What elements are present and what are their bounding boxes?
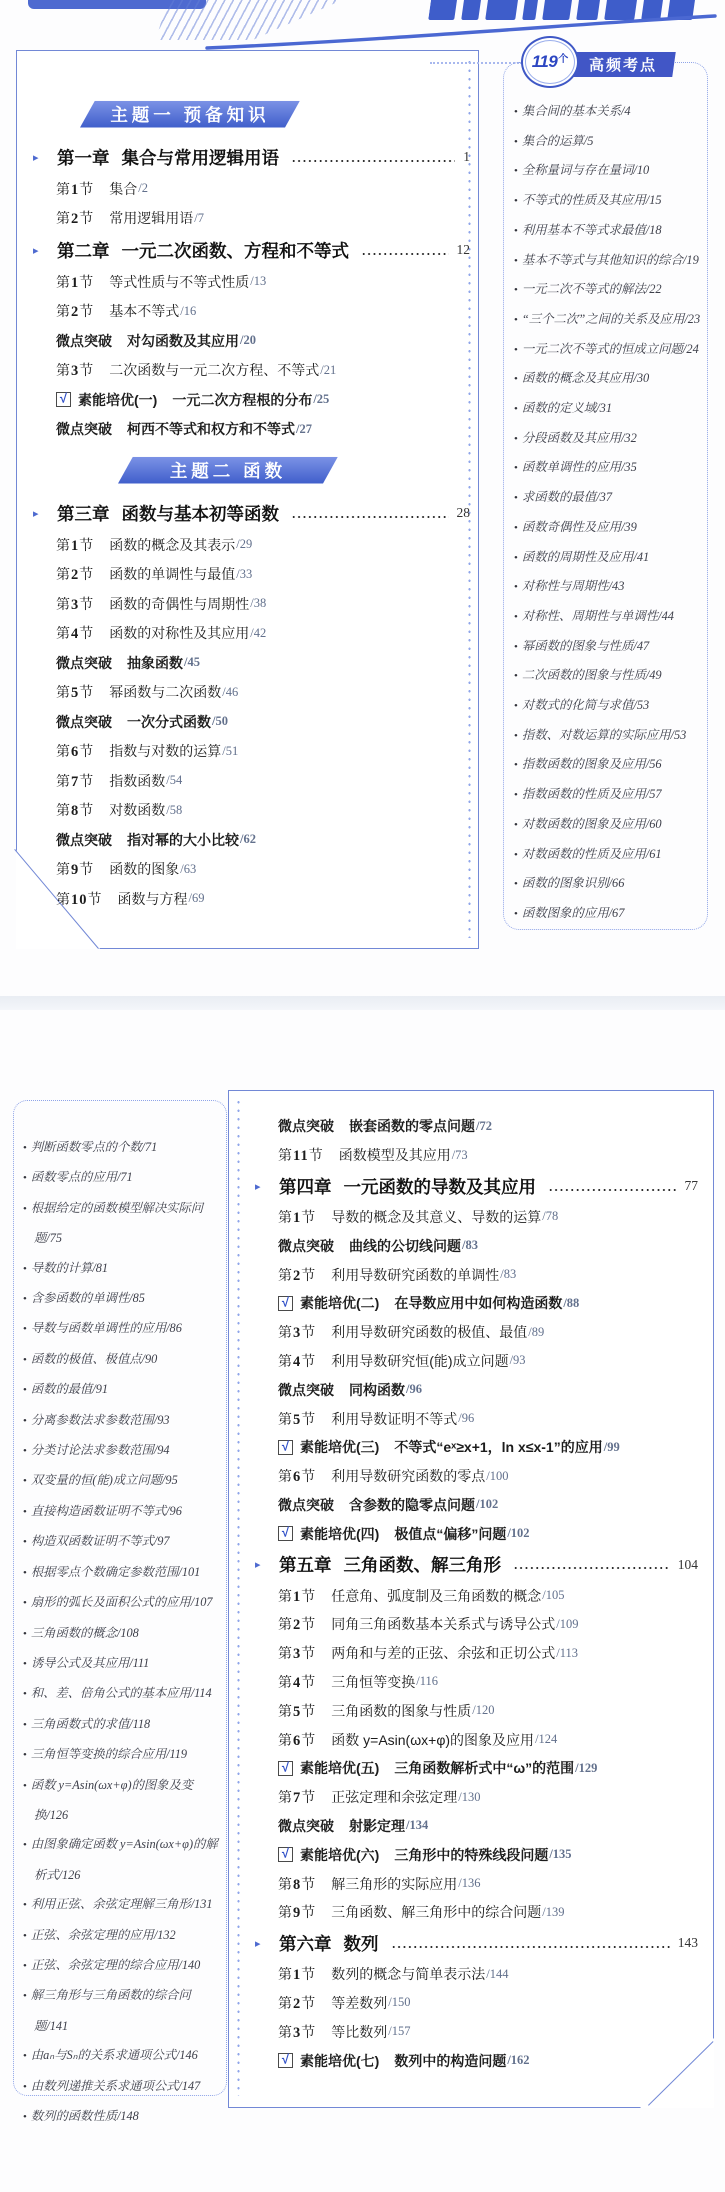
toc-micro-row: 微点突破射影定理/134 <box>252 1812 698 1841</box>
chapter-page-number: 28 <box>457 505 471 521</box>
frequent-point-text: 集合间的基本关系/4 <box>522 104 631 118</box>
frequent-point-item: •函数的概念及其应用/30 <box>514 364 706 394</box>
bullet-icon: • <box>514 819 518 831</box>
frequent-point-text: 利用基本不等式求最值/18 <box>522 223 662 237</box>
section-label: 第3节 <box>56 594 94 614</box>
section-label: 第1节 <box>278 1207 316 1227</box>
toc-chapter-row: ▸第三章函数与基本初等函数28 <box>30 496 470 530</box>
dotted-leader-icon <box>291 514 449 519</box>
frequent-point-text: 指数函数的性质及应用/57 <box>522 787 662 801</box>
toc-section-row: 第6节利用导数研究函数的零点/100 <box>252 1462 698 1491</box>
frequent-point-item: •函数 y=Asin(ωx+φ)的图象及变换/126 <box>23 1771 221 1831</box>
section-page-number: /150 <box>388 1995 410 2010</box>
chapter-page-number: 104 <box>678 1557 698 1573</box>
section-title: 函数的概念及其表示 <box>109 535 235 555</box>
frequent-point-text: 双变量的恒(能)成立问题/95 <box>31 1473 178 1487</box>
section-label: 第6节 <box>278 1466 316 1486</box>
bullet-icon: • <box>23 2050 27 2062</box>
toc-chapter-row: ▸第四章一元函数的导数及其应用77 <box>252 1170 698 1203</box>
topic-banner-row: 主题一 预备知识 <box>30 88 470 140</box>
frequent-point-item: •函数的图象识别/66 <box>514 869 706 899</box>
section-title: 对数函数 <box>109 800 165 820</box>
frequent-point-item: •利用基本不等式求最值/18 <box>514 216 706 246</box>
bullet-icon: • <box>514 165 518 177</box>
suneng-peiyou-label: 素能培优(六) <box>300 1845 379 1865</box>
frequent-point-text: 对数式的化简与求值/53 <box>522 698 649 712</box>
micro-breakthrough-label: 微点突破 <box>278 1236 334 1256</box>
section-page-number: /83 <box>500 1267 516 1282</box>
frequent-point-text: 导数与函数单调性的应用/86 <box>31 1321 182 1335</box>
checkbox-check-icon: √ <box>278 1526 293 1541</box>
frequent-point-text: 指数函数的图象及应用/56 <box>522 757 662 771</box>
checkbox-check-icon: √ <box>278 1761 293 1776</box>
section-page-number: /73 <box>452 1148 468 1163</box>
section-title: 三角恒等变换 <box>331 1672 415 1692</box>
frequent-point-text: 求函数的最值/37 <box>522 490 612 504</box>
bullet-icon: • <box>514 225 518 237</box>
frequent-point-item: •“三个二次”之间的关系及应用/23 <box>514 305 706 335</box>
section-label: 第9节 <box>56 859 94 879</box>
section-title: 幂函数与二次函数 <box>109 682 221 702</box>
suneng-peiyou-title: 不等式“eˣ≥x+1，ln x≤x-1”的应用 <box>394 1437 602 1457</box>
bullet-icon: • <box>23 1899 27 1911</box>
section-page-number: /93 <box>510 1353 526 1368</box>
chapter-title: 函数与基本初等函数 <box>122 501 280 526</box>
toc-section-row: 第3节二次函数与一元二次方程、不等式/21 <box>30 356 470 386</box>
frequent-point-item: •对数式的化简与求值/53 <box>514 691 706 721</box>
frequent-point-text: 由图象确定函数 y=Asin(ωx+φ)的解析式/126 <box>31 1837 218 1881</box>
section-label: 第8节 <box>278 1874 316 1894</box>
toc-section-row: 第5节利用导数证明不等式/96 <box>252 1404 698 1433</box>
section-title: 等比数列 <box>331 2022 387 2042</box>
toc-section-row: 第7节正弦定理和余弦定理/130 <box>252 1783 698 1812</box>
toc-peiyou-row: √素能培优(一)一元二次方程根的分布/25 <box>30 385 470 415</box>
section-page-number: /78 <box>542 1209 558 1224</box>
section-title: 解三角形的实际应用 <box>331 1874 457 1894</box>
toc-section-row: 第3节等比数列/157 <box>252 2017 698 2046</box>
section-title: 指数与对数的运算 <box>109 741 221 761</box>
bullet-icon: • <box>514 403 518 415</box>
frequent-point-text: 导数的计算/81 <box>31 1261 108 1275</box>
suneng-peiyou-title: 三角形中的特殊线段问题 <box>394 1845 548 1865</box>
bullet-icon: • <box>514 314 518 326</box>
frequent-point-text: 和、差、倍角公式的基本应用/114 <box>31 1686 212 1700</box>
toc-micro-row: 微点突破曲线的公切线问题/83 <box>252 1231 698 1260</box>
frequent-point-text: 一元二次不等式的解法/22 <box>522 282 662 296</box>
toc-section-row: 第6节函数 y=Asin(ωx+φ)的图象及应用/124 <box>252 1725 698 1754</box>
bullet-icon: • <box>23 1172 27 1184</box>
bullet-icon: • <box>514 908 518 920</box>
toc-micro-row: 微点突破嵌套函数的零点问题/72 <box>252 1112 698 1141</box>
bullet-icon: • <box>23 1688 27 1700</box>
frequent-point-item: •对称性、周期性与单调性/44 <box>514 602 706 632</box>
toc-micro-row: 微点突破一次分式函数/50 <box>30 707 470 737</box>
micro-page-number: /45 <box>184 655 200 670</box>
suneng-peiyou-label: 素能培优(五) <box>300 1758 379 1778</box>
checkbox-check-icon: √ <box>56 392 71 407</box>
section-page-number: /16 <box>180 304 196 319</box>
section-label: 第3节 <box>278 1322 316 1342</box>
section-page-number: /116 <box>416 1674 438 1689</box>
frequent-point-item: •对称性与周期性/43 <box>514 572 706 602</box>
frequent-point-text: 对称性、周期性与单调性/44 <box>522 609 674 623</box>
section-page-number: /69 <box>189 891 205 906</box>
toc-section-row: 第2节等差数列/150 <box>252 1989 698 2018</box>
badge-count-unit: 个 <box>558 50 568 65</box>
bullet-icon: • <box>514 136 518 148</box>
frequent-point-text: 三角函数的概念/108 <box>31 1626 139 1640</box>
chapter-title: 一元二次函数、方程和不等式 <box>122 238 350 263</box>
section-page-number: /144 <box>486 1967 508 1982</box>
section-page-number: /51 <box>222 744 238 759</box>
section-label: 第5节 <box>56 682 94 702</box>
frequent-point-text: 全称量词与存在量词/10 <box>522 163 649 177</box>
bullet-icon: • <box>23 1960 27 1972</box>
count-badge-circle: 119 个 <box>521 36 579 88</box>
frequent-point-text: 函数的最值/91 <box>31 1382 108 1396</box>
frequent-point-item: •幂函数的图象与性质/47 <box>514 632 706 662</box>
bullet-icon: • <box>23 2111 27 2123</box>
bullet-icon: • <box>23 1780 27 1792</box>
frequent-point-text: 对数函数的性质及应用/61 <box>522 847 662 861</box>
suneng-peiyou-label: 素能培优(二) <box>300 1293 379 1313</box>
micro-breakthrough-title: 曲线的公切线问题 <box>349 1236 461 1256</box>
checkbox-check-icon: √ <box>278 1440 293 1455</box>
bullet-icon: • <box>514 641 518 653</box>
suneng-peiyou-title: 在导数应用中如何构造函数 <box>394 1293 562 1313</box>
frequent-point-item: •正弦、余弦定理的应用/132 <box>23 1921 221 1951</box>
toc-section-row: 第4节三角恒等变换/116 <box>252 1668 698 1697</box>
frequent-point-text: 根据零点个数确定参数范围/101 <box>31 1565 200 1579</box>
bullet-icon: • <box>23 1293 27 1305</box>
section-page-number: /105 <box>542 1588 564 1603</box>
suneng-page-number: /129 <box>575 1761 597 1776</box>
section-page-number: /2 <box>138 181 148 196</box>
checkbox-check-icon: √ <box>278 1847 293 1862</box>
dotted-leader-icon <box>361 251 449 256</box>
toc-micro-row: 微点突破抽象函数/45 <box>30 648 470 678</box>
frequent-point-text: 不等式的性质及其应用/15 <box>522 193 662 207</box>
toc-peiyou-row: √素能培优(六)三角形中的特殊线段问题/135 <box>252 1840 698 1869</box>
toc-section-row: 第4节利用导数研究恒(能)成立问题/93 <box>252 1347 698 1376</box>
frequent-point-item: •对数函数的图象及应用/60 <box>514 810 706 840</box>
frequent-point-text: 集合的运算/5 <box>522 134 594 148</box>
micro-breakthrough-label: 微点突破 <box>56 830 112 850</box>
section-title: 三角函数的图象与性质 <box>331 1701 471 1721</box>
section-label: 第1节 <box>56 535 94 555</box>
frequent-point-item: •求函数的最值/37 <box>514 483 706 513</box>
micro-breakthrough-label: 微点突破 <box>56 712 112 732</box>
bullet-icon: • <box>514 433 518 445</box>
frequent-point-text: 函数图象的应用/67 <box>522 906 625 920</box>
section-label: 第6节 <box>278 1730 316 1750</box>
section-page-number: /113 <box>556 1646 578 1661</box>
chapter-label: 第二章 <box>57 238 110 263</box>
section-title: 函数的图象 <box>109 859 179 879</box>
frequent-point-item: •正弦、余弦定理的综合应用/140 <box>23 1951 221 1981</box>
section-label: 第2节 <box>278 1265 316 1285</box>
section-title: 利用导数研究恒(能)成立问题 <box>331 1351 508 1371</box>
frequent-point-text: 二次函数的图象与性质/49 <box>522 668 662 682</box>
frequent-point-text: 利用正弦、余弦定理解三角形/131 <box>31 1897 213 1911</box>
frequent-point-item: •分类讨论法求参数范围/94 <box>23 1436 221 1466</box>
section-title: 利用导数研究函数的零点 <box>331 1466 485 1486</box>
chapter-label: 第一章 <box>57 145 110 170</box>
toc-micro-row: 微点突破柯西不等式和权方和不等式/27 <box>30 415 470 445</box>
chapter-arrow-icon: ▸ <box>252 1180 279 1193</box>
bullet-icon: • <box>514 878 518 890</box>
frequent-point-item: •函数的定义域/31 <box>514 394 706 424</box>
toc-section-row: 第3节函数的奇偶性与周期性/38 <box>30 589 470 619</box>
bullet-icon: • <box>514 106 518 118</box>
bullet-icon: • <box>23 1597 27 1609</box>
dotted-leader-icon <box>548 1187 677 1192</box>
bullet-icon: • <box>23 1719 27 1731</box>
chapter-title: 集合与常用逻辑用语 <box>122 145 280 170</box>
suneng-page-number: /162 <box>507 2053 529 2068</box>
page-separator <box>0 996 725 1010</box>
bullet-icon: • <box>23 1990 27 2002</box>
section-title: 利用导数研究函数的极值、最值 <box>331 1322 527 1342</box>
frequent-point-item: •和、差、倍角公式的基本应用/114 <box>23 1679 221 1709</box>
micro-breakthrough-title: 抽象函数 <box>127 653 183 673</box>
bullet-icon: • <box>514 789 518 801</box>
frequent-point-text: 函数 y=Asin(ωx+φ)的图象及变换/126 <box>31 1778 193 1822</box>
bullet-icon: • <box>514 462 518 474</box>
section-title: 两角和与差的正弦、余弦和正切公式 <box>331 1643 555 1663</box>
frequent-point-item: •函数零点的应用/71 <box>23 1163 221 1193</box>
chapter-label: 第五章 <box>279 1552 332 1577</box>
micro-page-number: /102 <box>476 1497 498 1512</box>
micro-breakthrough-title: 柯西不等式和权方和不等式 <box>127 419 295 439</box>
toc-peiyou-row: √素能培优(五)三角函数解析式中“ω”的范围/129 <box>252 1754 698 1783</box>
section-label: 第1节 <box>278 1964 316 1984</box>
section-label: 第1节 <box>56 272 94 292</box>
section-title: 函数模型及其应用 <box>339 1145 451 1165</box>
section-title: 等式性质与不等式性质 <box>109 272 249 292</box>
section-label: 第4节 <box>278 1351 316 1371</box>
suneng-page-number: /88 <box>563 1296 579 1311</box>
toc-micro-row: 微点突破含参数的隐零点问题/102 <box>252 1491 698 1520</box>
section-page-number: /58 <box>166 803 182 818</box>
bullet-icon: • <box>514 700 518 712</box>
frequent-point-text: “三个二次”之间的关系及应用/23 <box>522 312 700 326</box>
frequent-point-text: 函数奇偶性及应用/39 <box>522 520 637 534</box>
toc-chapter-row: ▸第二章一元二次函数、方程和不等式12 <box>30 233 470 267</box>
frequent-point-text: 对数函数的图象及应用/60 <box>522 817 662 831</box>
toc-section-row: 第1节导数的概念及其意义、导数的运算/78 <box>252 1203 698 1232</box>
micro-breakthrough-title: 一次分式函数 <box>127 712 211 732</box>
toc-section-row: 第9节函数的图象/63 <box>30 855 470 885</box>
frequent-point-item: •双变量的恒(能)成立问题/95 <box>23 1466 221 1496</box>
frequent-point-text: 根据给定的函数模型解决实际问题/75 <box>31 1201 203 1245</box>
toc-micro-row: 微点突破对勾函数及其应用/20 <box>30 326 470 356</box>
bullet-icon: • <box>23 1536 27 1548</box>
frequent-point-text: 含参函数的单调性/85 <box>31 1291 145 1305</box>
suneng-peiyou-title: 一元二次方程根的分布 <box>172 390 312 410</box>
bullet-icon: • <box>23 1839 27 1851</box>
suneng-page-number: /99 <box>604 1440 620 1455</box>
section-page-number: /63 <box>180 862 196 877</box>
micro-breakthrough-label: 微点突破 <box>278 1116 334 1136</box>
frequent-point-text: 一元二次不等式的恒成立问题/24 <box>522 342 699 356</box>
frequent-point-text: 指数、对数运算的实际应用/53 <box>522 728 687 742</box>
suneng-page-number: /25 <box>313 392 329 407</box>
toc-section-row: 第8节对数函数/58 <box>30 796 470 826</box>
section-page-number: /139 <box>542 1905 564 1920</box>
section-title: 二次函数与一元二次方程、不等式 <box>109 360 319 380</box>
frequent-point-item: •集合的运算/5 <box>514 127 706 157</box>
frequent-point-item: •诱导公式及其应用/111 <box>23 1649 221 1679</box>
frequent-point-text: 三角恒等变换的综合应用/119 <box>31 1747 187 1761</box>
frequent-point-text: 函数的概念及其应用/30 <box>522 371 649 385</box>
frequent-point-item: •含参函数的单调性/85 <box>23 1284 221 1314</box>
frequent-points-sidebar: •集合间的基本关系/4•集合的运算/5•全称量词与存在量词/10•不等式的性质及… <box>503 62 708 930</box>
frequent-point-item: •根据零点个数确定参数范围/101 <box>23 1558 221 1588</box>
scanned-toc-page: 主题一 预备知识▸第一章集合与常用逻辑用语1第1节集合/2第2节常用逻辑用语/7… <box>0 0 725 2192</box>
chapter-label: 第四章 <box>279 1174 332 1199</box>
chapter-page-number: 1 <box>463 149 470 165</box>
bullet-icon: • <box>514 344 518 356</box>
frequent-point-item: •一元二次不等式的恒成立问题/24 <box>514 335 706 365</box>
frequent-points-column-page2: •判断函数零点的个数/71•函数零点的应用/71•根据给定的函数模型解决实际问题… <box>13 1100 227 2096</box>
frequent-point-item: •数列的函数性质/148 <box>23 2102 221 2132</box>
toc-section-row: 第1节任意角、弧度制及三角函数的概念/105 <box>252 1581 698 1610</box>
badge-label: 高频考点 <box>589 54 657 75</box>
section-label: 第1节 <box>278 1586 316 1606</box>
section-title: 函数的奇偶性与周期性 <box>109 594 249 614</box>
frequent-point-item: •直接构造函数证明不等式/96 <box>23 1497 221 1527</box>
micro-breakthrough-label: 微点突破 <box>56 419 112 439</box>
section-label: 第3节 <box>278 2022 316 2042</box>
micro-page-number: /50 <box>212 714 228 729</box>
frequent-point-text: 基本不等式与其他知识的综合/19 <box>522 253 699 267</box>
frequent-point-item: •基本不等式与其他知识的综合/19 <box>514 246 706 276</box>
topic-banner: 主题一 预备知识 <box>80 101 300 128</box>
section-label: 第1节 <box>56 179 94 199</box>
section-page-number: /89 <box>528 1325 544 1340</box>
topic-banner-label: 主题二 函数 <box>170 458 286 483</box>
section-label: 第10节 <box>56 889 103 909</box>
section-title: 任意角、弧度制及三角函数的概念 <box>331 1586 541 1606</box>
frequent-point-item: •指数函数的性质及应用/57 <box>514 780 706 810</box>
section-page-number: /54 <box>166 773 182 788</box>
toc-peiyou-row: √素能培优(二)在导数应用中如何构造函数/88 <box>252 1289 698 1318</box>
section-title: 同角三角函数基本关系式与诱导公式 <box>331 1614 555 1634</box>
badge-count: 119 <box>532 52 558 72</box>
bullet-icon: • <box>23 1930 27 1942</box>
toc-peiyou-row: √素能培优(四)极值点“偏移”问题/102 <box>252 1519 698 1548</box>
bullet-icon: • <box>23 1658 27 1670</box>
frequent-point-item: •函数的最值/91 <box>23 1375 221 1405</box>
frequent-point-text: 函数单调性的应用/35 <box>522 460 637 474</box>
section-label: 第7节 <box>278 1787 316 1807</box>
topic-banner: 主题二 函数 <box>118 457 338 484</box>
frequent-point-text: 扇形的弧长及面积公式的应用/107 <box>31 1595 213 1609</box>
section-label: 第2节 <box>56 301 94 321</box>
suneng-peiyou-label: 素能培优(七) <box>300 2051 379 2071</box>
section-label: 第11节 <box>278 1145 324 1165</box>
page1-toc: 主题一 预备知识▸第一章集合与常用逻辑用语1第1节集合/2第2节常用逻辑用语/7… <box>30 88 470 914</box>
micro-breakthrough-label: 微点突破 <box>278 1495 334 1515</box>
chapter-title: 数列 <box>344 1931 379 1956</box>
bullet-icon: • <box>514 195 518 207</box>
section-page-number: /38 <box>250 596 266 611</box>
frequent-point-item: •指数、对数运算的实际应用/53 <box>514 721 706 751</box>
frequent-point-item: •分离参数法求参数范围/93 <box>23 1406 221 1436</box>
frequent-point-text: 函数的定义域/31 <box>522 401 612 415</box>
micro-breakthrough-title: 对勾函数及其应用 <box>127 331 239 351</box>
section-title: 正弦定理和余弦定理 <box>331 1787 457 1807</box>
frequent-point-item: •全称量词与存在量词/10 <box>514 156 706 186</box>
section-label: 第7节 <box>56 771 94 791</box>
bullet-icon: • <box>514 670 518 682</box>
frequent-point-text: 函数零点的应用/71 <box>31 1170 133 1184</box>
bullet-icon: • <box>23 1567 27 1579</box>
section-title: 常用逻辑用语 <box>109 208 193 228</box>
toc-section-row: 第2节常用逻辑用语/7 <box>30 204 470 234</box>
suneng-peiyou-title: 极值点“偏移”问题 <box>394 1524 506 1544</box>
toc-section-row: 第2节基本不等式/16 <box>30 297 470 327</box>
frequent-point-item: •根据给定的函数模型解决实际问题/75 <box>23 1194 221 1254</box>
section-page-number: /7 <box>194 211 204 226</box>
suneng-peiyou-title: 三角函数解析式中“ω”的范围 <box>394 1758 574 1778</box>
toc-section-row: 第7节指数函数/54 <box>30 766 470 796</box>
chapter-label: 第三章 <box>57 501 110 526</box>
toc-section-row: 第1节数列的概念与简单表示法/144 <box>252 1960 698 1989</box>
section-page-number: /124 <box>535 1732 557 1747</box>
frequent-point-item: •二次函数的图象与性质/49 <box>514 661 706 691</box>
frequent-point-text: 函数的极值、极值点/90 <box>31 1352 157 1366</box>
frequent-point-text: 解三角形与三角函数的综合问题/141 <box>31 1988 191 2032</box>
section-title: 利用导数研究函数的单调性 <box>331 1265 499 1285</box>
micro-page-number: /72 <box>476 1119 492 1134</box>
toc-chapter-row: ▸第五章三角函数、解三角形104 <box>252 1548 698 1581</box>
section-label: 第5节 <box>278 1701 316 1721</box>
micro-page-number: /83 <box>462 1238 478 1253</box>
frequent-point-item: •导数与函数单调性的应用/86 <box>23 1314 221 1344</box>
frequent-point-text: 三角函数式的求值/118 <box>31 1717 150 1731</box>
frequent-point-item: •集合间的基本关系/4 <box>514 97 706 127</box>
frequent-point-item: •三角函数式的求值/118 <box>23 1710 221 1740</box>
frequent-point-item: •构造双函数证明不等式/97 <box>23 1527 221 1557</box>
micro-page-number: /62 <box>240 832 256 847</box>
frequent-point-text: 对称性与周期性/43 <box>522 579 625 593</box>
toc-section-row: 第8节解三角形的实际应用/136 <box>252 1869 698 1898</box>
bullet-icon: • <box>23 1384 27 1396</box>
frequent-point-item: •函数的周期性及应用/41 <box>514 543 706 573</box>
bullet-icon: • <box>23 1628 27 1640</box>
section-page-number: /136 <box>458 1876 480 1891</box>
toc-section-row: 第1节函数的概念及其表示/29 <box>30 530 470 560</box>
suneng-peiyou-label: 素能培优(四) <box>300 1524 379 1544</box>
bullet-icon: • <box>514 730 518 742</box>
page2-toc: 微点突破嵌套函数的零点问题/72第11节函数模型及其应用/73▸第四章一元函数的… <box>252 1112 698 2075</box>
micro-breakthrough-title: 射影定理 <box>349 1816 405 1836</box>
header-swoosh-line <box>204 12 718 52</box>
frequent-points-badge: 高频考点 <box>570 52 676 77</box>
section-label: 第2节 <box>278 1614 316 1634</box>
frequent-point-item: •分段函数及其应用/32 <box>514 424 706 454</box>
bullet-icon: • <box>23 1475 27 1487</box>
section-title: 等差数列 <box>331 1993 387 2013</box>
section-label: 第4节 <box>56 623 94 643</box>
section-title: 三角函数、解三角形中的综合问题 <box>331 1902 541 1922</box>
section-page-number: /13 <box>250 274 266 289</box>
frequent-point-item: •函数单调性的应用/35 <box>514 453 706 483</box>
chapter-arrow-icon: ▸ <box>252 1558 279 1571</box>
section-label: 第2节 <box>56 564 94 584</box>
